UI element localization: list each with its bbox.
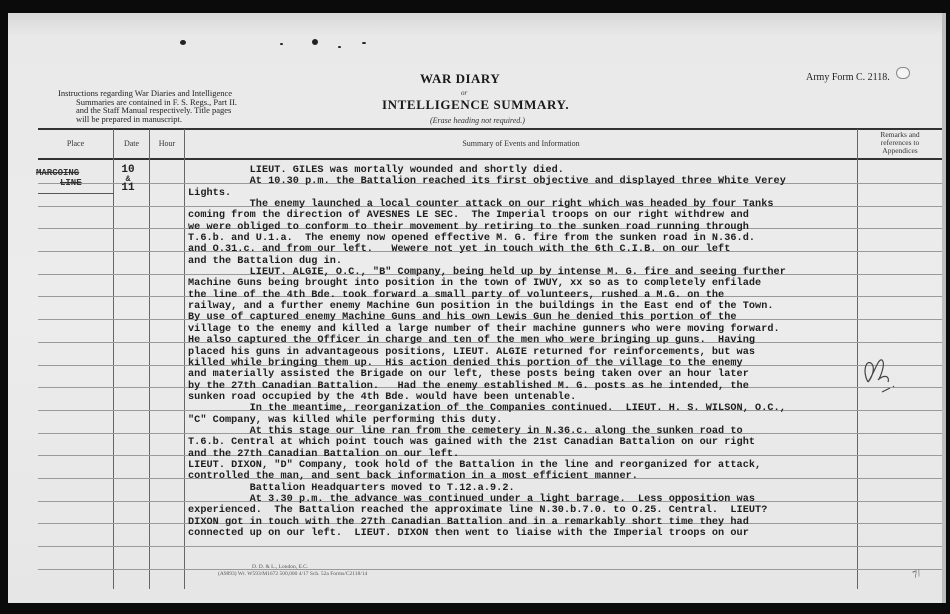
ink-speck — [280, 43, 283, 45]
printer-line: (A9893) Wt. W593/M1672 500,000 4/17 Sch.… — [218, 571, 367, 578]
header-bottom-rule — [38, 158, 942, 160]
column-header-remarks: Remarks and references to Appendices — [860, 131, 940, 155]
summary-line: He also captured the Officer in charge a… — [188, 335, 868, 346]
ruled-line — [38, 546, 942, 547]
printer-line: D. D. & L., London, E.C. — [218, 564, 367, 571]
summary-line: the line of the 4th Bde. took forward a … — [188, 290, 868, 301]
summary-line: and the Battalion dug in. — [188, 256, 868, 267]
summary-line: connected up on our left. LIEUT. DIXON t… — [188, 528, 868, 539]
summary-line: LIEUT. DIXON, "D" Company, took hold of … — [188, 460, 868, 471]
summary-line: experienced. The Battalion reached the a… — [188, 505, 868, 516]
ink-speck — [338, 46, 341, 48]
date-entry: 10 & 11 — [118, 166, 138, 193]
army-form-number: Army Form C. 2118. — [806, 72, 890, 83]
form-subtitle: INTELLIGENCE SUMMARY. — [382, 97, 569, 113]
summary-line: At this stage our line ran from the ceme… — [188, 426, 868, 437]
ink-speck — [362, 42, 366, 44]
summary-line: placed his guns in advantageous position… — [188, 347, 868, 358]
summary-line: "C" Company, was killed while performing… — [188, 415, 868, 426]
summary-text: LIEUT. GILES was mortally wounded and sh… — [188, 165, 868, 539]
form-title-or: or — [461, 89, 467, 97]
summary-line: coming from the direction of AVESNES LE … — [188, 210, 868, 221]
place-text: LINE — [36, 178, 82, 188]
summary-line: In the meantime, reorganization of the C… — [188, 403, 868, 414]
column-divider — [113, 129, 114, 589]
signature-initials-icon — [860, 350, 902, 396]
summary-line: and O.31.c. and from our left. Wewere no… — [188, 244, 868, 255]
place-entry-struck: MARCOING LINE — [36, 168, 82, 188]
summary-line: The enemy launched a local counter attac… — [188, 199, 868, 210]
summary-line: by the 27th Canadian Battalion. Had the … — [188, 381, 868, 392]
date-text: 11 — [118, 184, 138, 193]
summary-line: LIEUT. ALGIE, O.C., "B" Company, being h… — [188, 267, 868, 278]
table-top-rule — [38, 128, 942, 130]
column-header-date: Date — [114, 139, 149, 148]
instructions-line: will be prepared in manuscript. — [58, 115, 290, 124]
column-divider — [184, 129, 185, 589]
summary-line: At 3.30 p.m. the advance was continued u… — [188, 494, 868, 505]
column-divider — [149, 129, 150, 589]
ink-speck — [312, 39, 318, 45]
summary-line: Lights. — [188, 188, 868, 199]
summary-line: Machine Guns being brought into position… — [188, 278, 868, 289]
place-text: MARCOING — [36, 168, 82, 178]
summary-line: LIEUT. GILES was mortally wounded and sh… — [188, 165, 868, 176]
ruled-line — [38, 569, 942, 570]
summary-line: railway, and a further enemy Machine Gun… — [188, 301, 868, 312]
form-instructions: Instructions regarding War Diaries and I… — [58, 89, 290, 123]
summary-line: sunken road occupied by the 4th Bde. wou… — [188, 392, 868, 403]
summary-line: DIXON got in touch with the 27th Canadia… — [188, 517, 868, 528]
date-text: 10 — [118, 166, 138, 175]
column-header-place: Place — [38, 139, 113, 148]
summary-line: Battalion Headquarters moved to T.12.a.9… — [188, 483, 868, 494]
form-title: WAR DIARY — [420, 71, 500, 87]
punch-hole — [896, 67, 910, 79]
summary-line: At 10.30 p.m. the Battalion reached its … — [188, 176, 868, 187]
column-header-hour: Hour — [150, 139, 184, 148]
summary-line: T.6.b. Central at which point touch was … — [188, 437, 868, 448]
remarks-header-line: Appendices — [860, 147, 940, 155]
printer-imprint: D. D. & L., London, E.C. (A9893) Wt. W59… — [218, 564, 367, 578]
summary-line: we were obliged to conform to their move… — [188, 222, 868, 233]
summary-line: T.6.b. and U.1.a. The enemy now opened e… — [188, 233, 868, 244]
summary-line: controlled the man, and sent back inform… — [188, 471, 868, 482]
place-rule — [38, 193, 114, 194]
summary-line: village to the enemy and killed a large … — [188, 324, 868, 335]
erase-note: (Erase heading not required.) — [430, 116, 525, 125]
summary-line: and the 27th Canadian Battalion on our l… — [188, 449, 868, 460]
summary-line: By use of captured enemy Machine Guns an… — [188, 312, 868, 323]
ink-speck — [180, 40, 186, 45]
summary-line: killed while bringing them up. His actio… — [188, 358, 868, 369]
column-header-summary: Summary of Events and Information — [185, 139, 857, 148]
summary-line: and materially assisted the Brigade on o… — [188, 369, 868, 380]
